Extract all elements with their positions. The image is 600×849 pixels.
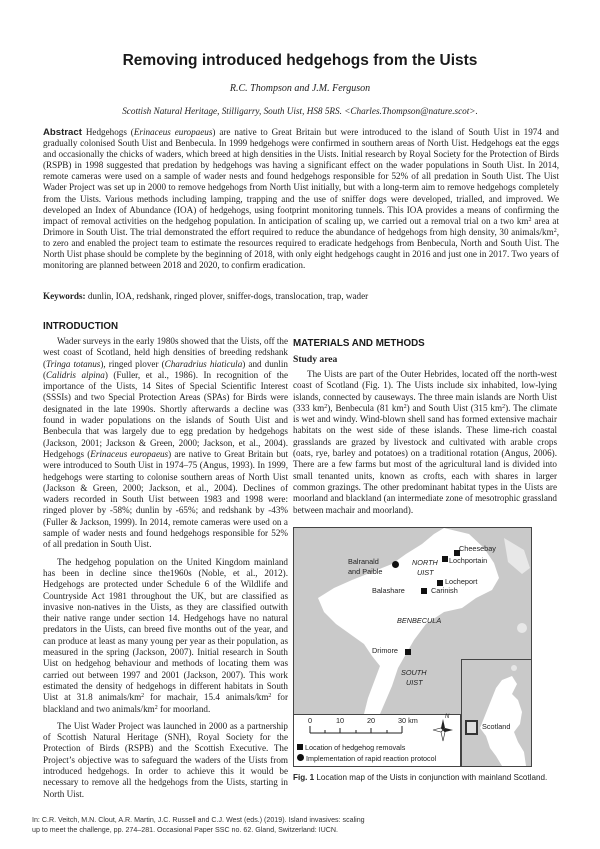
- north-label: N: [445, 713, 449, 721]
- page-title: Removing introduced hedgehogs from the U…: [0, 52, 600, 70]
- scale-tick: 30 km: [398, 717, 418, 725]
- species-name: Erinaceus europaeus: [134, 127, 213, 137]
- circle-marker-icon: [392, 561, 399, 568]
- circle-marker-icon: [297, 754, 304, 761]
- introduction-paragraph-1: Wader surveys in the early 1980s showed …: [43, 336, 288, 551]
- uists-locator-box: [465, 720, 478, 735]
- place-label-balranald: Balranald: [348, 558, 379, 566]
- study-area-paragraph: The Uists are part of the Outer Hebrides…: [293, 369, 557, 516]
- region-label-north: NORTH: [412, 559, 438, 567]
- keywords: Keywords: dunlin, IOA, redshank, ringed …: [43, 291, 559, 301]
- text: ). The climate is wet and windy. Wind-bl…: [293, 403, 557, 515]
- region-label-south: SOUTH: [401, 669, 427, 677]
- place-label-and-paible: and Paible: [348, 568, 383, 576]
- scotland-inset-map: Scotland: [461, 659, 532, 767]
- authors: R.C. Thompson and J.M. Ferguson: [0, 83, 600, 94]
- text: ) (Fuller, et al., 1986). In recognition…: [43, 370, 288, 459]
- region-label-benbecula: BENBECULA: [397, 617, 441, 625]
- figure-caption: Fig. 1 Location map of the Uists in conj…: [293, 773, 555, 783]
- legend-item-removals: Location of hedgehog removals: [297, 743, 405, 752]
- text: The hedgehog population on the United Ki…: [43, 557, 288, 703]
- scale-tick: 20: [367, 717, 375, 725]
- abstract-label: Abstract: [43, 127, 82, 138]
- abstract-text: ) are native to Great Britain but were i…: [43, 127, 559, 226]
- text: for moorland.: [158, 704, 210, 714]
- species-name: Calidris alpina: [46, 370, 105, 380]
- region-label-uist-north: UIST: [417, 569, 434, 577]
- region-label-uist-south: UIST: [406, 679, 423, 687]
- citation-footer: In: C.R. Veitch, M.N. Clout, A.R. Martin…: [32, 816, 512, 835]
- place-label-locheport: Locheport: [445, 578, 477, 586]
- scale-tick: 10: [336, 717, 344, 725]
- place-label-cheesebay: Cheesebay: [459, 545, 496, 553]
- text: for machair, 15.4 animals/km: [144, 692, 268, 702]
- methods-heading: MATERIALS AND METHODS: [293, 338, 425, 349]
- compass-north-arrow-icon: [432, 717, 454, 743]
- scotland-landmass: [462, 660, 532, 767]
- scale-tick: 0: [308, 717, 312, 725]
- text: ) are native to Great Britain but were i…: [43, 449, 288, 549]
- legend-label: Implementation of rapid reaction protoco…: [306, 754, 436, 763]
- square-marker-icon: [442, 556, 448, 562]
- square-marker-icon: [405, 649, 411, 655]
- square-marker-icon: [297, 744, 303, 750]
- region-label-scotland: Scotland: [482, 723, 510, 731]
- affiliation: Scottish Natural Heritage, Stilligarry, …: [0, 106, 600, 116]
- figure-caption-text: Location map of the Uists in conjunction…: [314, 773, 547, 782]
- citation-line-2: up to meet the challenge, pp. 274–281. O…: [32, 826, 512, 836]
- text: ) and South Uist (315 km: [407, 403, 503, 413]
- place-label-lochportain: Lochportain: [449, 557, 487, 565]
- methods-column: The Uists are part of the Outer Hebrides…: [293, 369, 557, 522]
- legend-label: Location of hedgehog removals: [305, 743, 405, 752]
- introduction-paragraph-3: The Uist Wader Project was launched in 2…: [43, 721, 288, 800]
- citation-line-1: In: C.R. Veitch, M.N. Clout, A.R. Martin…: [32, 816, 512, 826]
- species-name: Tringa totanus: [46, 359, 100, 369]
- location-map: Cheesebay Lochportain Balranald and Paib…: [293, 527, 532, 767]
- introduction-column: Wader surveys in the early 1980s showed …: [43, 336, 288, 806]
- place-label-balashare: Balashare: [372, 587, 405, 595]
- keywords-list: dunlin, IOA, redshank, ringed plover, sn…: [86, 291, 369, 301]
- map-legend: 0 10 20 30 km N Location of hedgehog rem…: [294, 714, 461, 767]
- square-marker-icon: [421, 588, 427, 594]
- introduction-heading: INTRODUCTION: [43, 321, 118, 332]
- study-area-heading: Study area: [293, 354, 337, 365]
- introduction-paragraph-2: The hedgehog population on the United Ki…: [43, 557, 288, 715]
- species-name: Erinaceus europaeus: [90, 449, 168, 459]
- place-label-carinish: Carinish: [431, 587, 458, 595]
- species-name: Charadrius hiaticula: [165, 359, 243, 369]
- abstract-text: Hedgehogs (: [86, 127, 134, 137]
- keywords-label: Keywords:: [43, 291, 86, 301]
- abstract: Abstract Hedgehogs (Erinaceus europaeus)…: [43, 127, 559, 271]
- figure-caption-label: Fig. 1: [293, 773, 314, 782]
- text: ), ringed plover (: [100, 359, 164, 369]
- legend-item-rapid-reaction: Implementation of rapid reaction protoco…: [297, 754, 436, 763]
- text: ), Benbecula (81 km: [327, 403, 403, 413]
- place-label-drimore: Drimore: [372, 647, 398, 655]
